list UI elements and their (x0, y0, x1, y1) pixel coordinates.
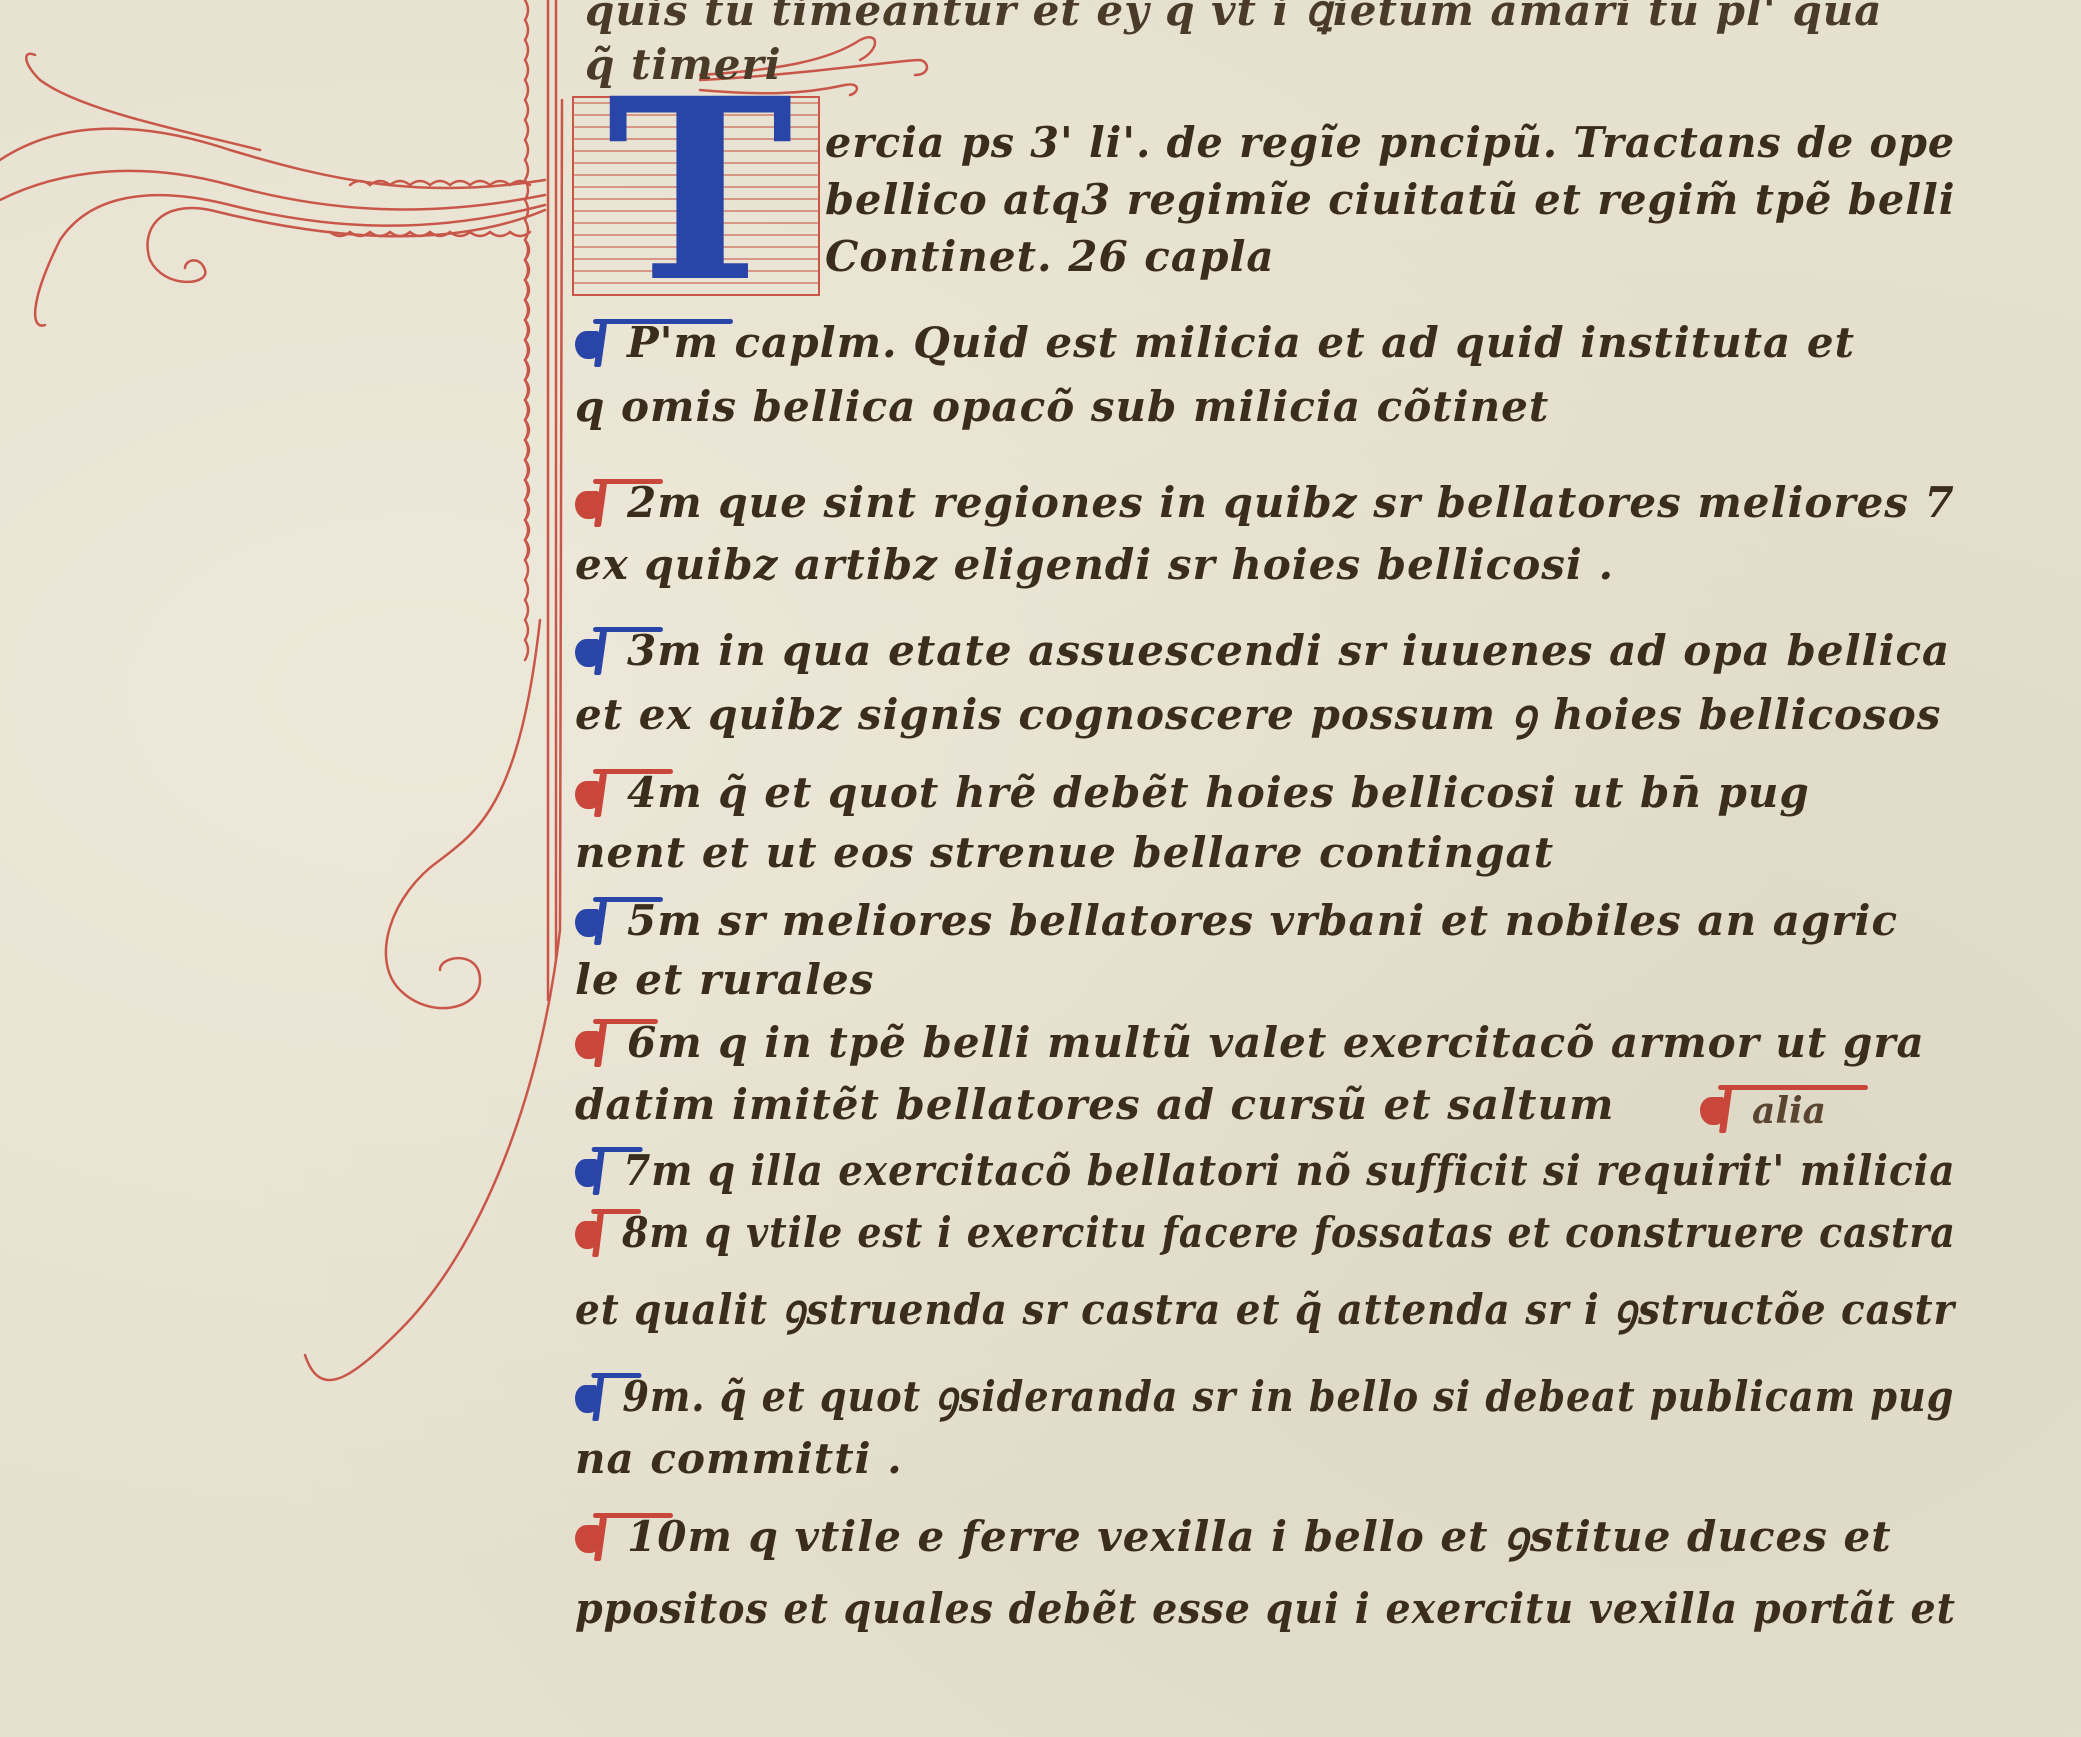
margin-note: alia (1700, 1085, 1826, 1132)
chapter-entry: 5m sr meliores bellatores vrbani et nobi… (575, 896, 1898, 946)
red-paragraph-mark-icon (1700, 1085, 1744, 1131)
chapter-continuation: q omis bellica opacõ sub milicia cõtinet (575, 382, 1549, 432)
blue-paragraph-mark-icon (575, 1373, 615, 1419)
blue-paragraph-mark-icon (575, 319, 619, 365)
chapter-continuation: et ex quibz signis cognoscere possum ꝯ h… (575, 690, 1941, 740)
blue-paragraph-mark-icon (575, 627, 619, 673)
header-line: q̃ timeri (585, 40, 782, 90)
chapter-continuation: ppositos et quales debẽt esse qui i exer… (575, 1584, 1956, 1634)
chapter-entry: 3m in qua etate assuescendi sr iuuenes a… (575, 626, 1950, 676)
chapter-continuation: ex quibz artibz eligendi sr hoies bellic… (575, 540, 1614, 590)
header-line: quis tu timeantur et ey q̃ vt i ꝗ̃ietum … (585, 0, 1883, 36)
blue-paragraph-mark-icon (575, 897, 619, 943)
chapter-entry: 8m q vtile est i exercitu facere fossata… (575, 1208, 1956, 1258)
red-paragraph-mark-icon (575, 769, 619, 815)
chapter-entry: 9m. q̃ et quot ꝯsideranda sr in bello si… (575, 1372, 1954, 1422)
red-paragraph-mark-icon (575, 1209, 615, 1255)
chapter-entry: 7m q illa exercitacõ bellatori nõ suffic… (575, 1146, 1956, 1196)
chapter-continuation: le et rurales (575, 955, 874, 1005)
red-paragraph-mark-icon (575, 1019, 619, 1065)
chapter-continuation: et qualit ꝯstruenda sr castra et q̃ atte… (575, 1285, 1955, 1335)
chapter-entry: 6m q in tpẽ belli multũ valet exercitacõ… (575, 1018, 1925, 1068)
rubric-line: ercia ps 3' li'. de regĩe pncipũ. Tracta… (825, 118, 1955, 168)
chapter-entry: 10m q vtile e ferre vexilla i bello et ꝯ… (575, 1512, 1892, 1562)
blue-paragraph-mark-icon (575, 1147, 616, 1193)
chapter-entry: 2m que sint regiones in quibz sr bellato… (575, 478, 1955, 528)
red-paragraph-mark-icon (575, 479, 619, 525)
decorated-initial: T (570, 70, 830, 310)
red-paragraph-mark-icon (575, 1513, 619, 1559)
rubric-line: Continet. 26 capla (825, 232, 1275, 282)
chapter-continuation: na committi . (575, 1434, 903, 1484)
rubric-line: bellico atq3 regimĩe ciuitatũ et regim̃ … (825, 175, 1956, 225)
manuscript-page: T quis tu timeantur et ey q̃ vt i ꝗ̃ietu… (0, 0, 2081, 1737)
chapter-entry: 4m q̃ et quot hrẽ debẽt hoies bellicosi … (575, 768, 1810, 818)
chapter-continuation: datim imitẽt bellatores ad cursũ et salt… (575, 1080, 1614, 1130)
chapter-continuation: nent et ut eos strenue bellare contingat (575, 828, 1554, 878)
chapter-entry: P'm caplm. Quid est milicia et ad quid i… (575, 318, 1855, 368)
